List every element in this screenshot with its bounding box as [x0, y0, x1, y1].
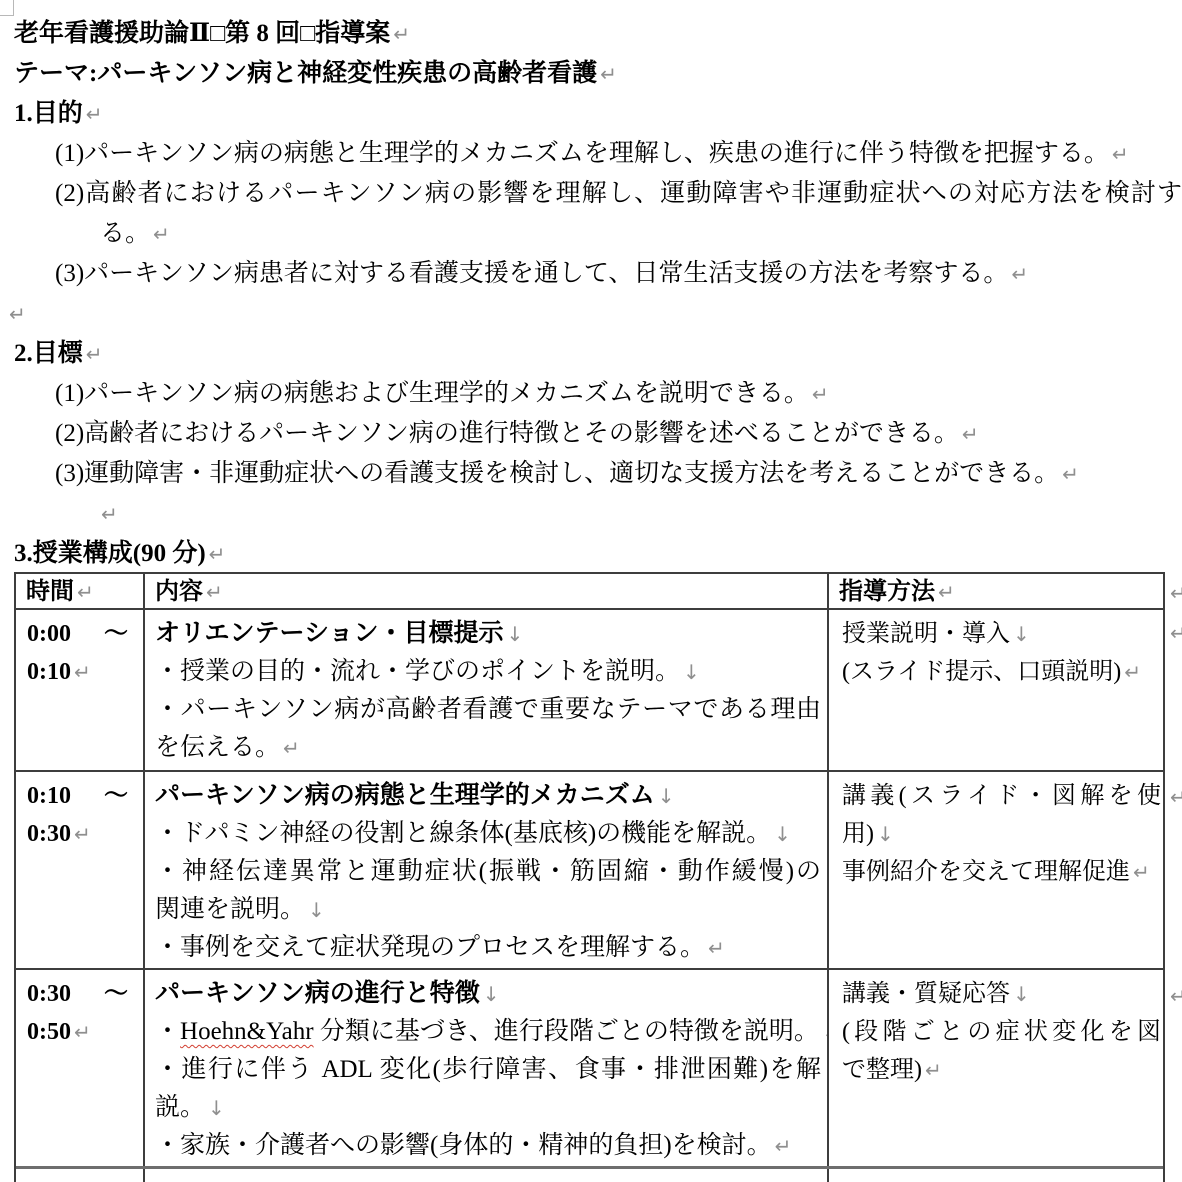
content-text: ・授業の目的・流れ・学びのポイントを説明。 [155, 658, 680, 685]
table-row-progression: 0:30〜 0:50↵ パーキンソン病の進行と特徴↓ ・Hoehn&Yahr 分… [16, 970, 1163, 1169]
paragraph-mark-icon: ↵ [962, 422, 979, 446]
document-body: 老年看護援助論Ⅱ□第 8 回□指導案↵ テーマ:パーキンソン病と神経変性疾患の高… [14, 14, 1182, 574]
paragraph-mark-icon: ↵ [938, 580, 955, 604]
time-range-start: 0:10〜 [16, 777, 143, 815]
method-text: 事例紹介を交えて理解促進 [842, 859, 1130, 885]
table-row-pathology: 0:10〜 0:30↵ パーキンソン病の病態と生理学的メカニズム↓ ・ドパミン神… [16, 772, 1163, 970]
table-row-orientation: 0:00〜 0:10↵ オリエンテーション・目標提示↓ ・授業の目的・流れ・学び… [16, 610, 1163, 772]
time-range-end: 0:30↵ [16, 815, 143, 853]
method-text: 授業説明・導入 [842, 621, 1010, 647]
time-end: 0:30 [27, 821, 71, 847]
table-header-row: 時間↵ 内容↵ 指導方法↵ [16, 574, 1163, 610]
paragraph-mark-icon: ↵ [74, 660, 91, 684]
method-line: (段階ごとの症状変化を図 [842, 1013, 1161, 1051]
header-cell-time: 時間↵ [16, 574, 145, 608]
content-line: パーキンソン病の進行と特徴↓ [155, 975, 821, 1013]
paragraph-mark-icon: ↵ [74, 822, 91, 846]
method-text: で整理) [842, 1057, 922, 1083]
linebreak-mark-icon: ↓ [658, 784, 675, 808]
table-row-partial [16, 1169, 1163, 1182]
linebreak-mark-icon: ↓ [774, 822, 791, 846]
time-range-start: 0:00〜 [16, 615, 143, 653]
content-text: を伝える。 [155, 734, 280, 761]
content-text: 説。 [155, 1094, 205, 1121]
method-line: (スライド提示、口頭説明)↵ [842, 653, 1161, 691]
time-range-start: 0:30〜 [16, 975, 143, 1013]
content-line: ・進行に伴う ADL 変化(歩行障害、食事・排泄困難)を解 [155, 1051, 821, 1089]
goal-item-2: (2)高齢者におけるパーキンソン病の進行特徴とその影響を述べることができる。↵ [14, 414, 1182, 454]
method-text: 用) [842, 821, 874, 847]
row-end-mark-icon: ↵ [1170, 574, 1182, 612]
paragraph-mark-icon: ↵ [1124, 660, 1141, 684]
page-corner-mark [0, 0, 14, 16]
paragraph-mark-icon: ↵ [708, 936, 725, 960]
method-text: (段階ごとの症状変化を図 [842, 1019, 1161, 1045]
paragraph-mark-icon: ↵ [77, 580, 94, 604]
content-text: ・パーキンソン病が高齢者看護で重要なテーマである理由 [155, 696, 821, 723]
method-text: 講義(スライド・図解を使 [842, 783, 1161, 809]
time-cell [16, 1169, 145, 1182]
time-range-end: 0:10↵ [16, 653, 143, 691]
paragraph-mark-icon: ↵ [1011, 262, 1028, 286]
row-end-mark-icon: ↵ [1170, 614, 1182, 652]
paragraph-mark-icon: ↵ [1062, 462, 1079, 486]
content-line: ・神経伝達異常と運動症状(振戦・筋固縮・動作緩慢)の [155, 853, 821, 891]
purpose-heading: 1.目的↵ [14, 94, 1182, 134]
method-line: 事例紹介を交えて理解促進↵ [842, 853, 1161, 891]
purpose-item-2-cont-text: る。 [100, 220, 150, 247]
paragraph-mark-icon: ↵ [153, 222, 170, 246]
content-line: 説。↓ [155, 1089, 821, 1127]
time-tilde: 〜 [104, 615, 128, 653]
content-text: パーキンソン病の進行と特徴 [155, 980, 480, 1007]
content-text: オリエンテーション・目標提示 [155, 620, 504, 647]
purpose-item-3: (3)パーキンソン病患者に対する看護支援を通して、日常生活支援の方法を考察する。… [14, 254, 1182, 294]
purpose-item-2-continuation: る。↵ [14, 214, 1182, 254]
paragraph-mark-icon: ↵ [1112, 142, 1129, 166]
linebreak-mark-icon: ↓ [1013, 622, 1030, 646]
time-start: 0:10 [27, 777, 71, 815]
paragraph-mark-icon: ↵ [1133, 860, 1150, 884]
time-end: 0:50 [27, 1019, 71, 1045]
empty-paragraph: ↵ [14, 494, 1182, 534]
linebreak-mark-icon: ↓ [822, 1020, 829, 1044]
paragraph-mark-icon: ↵ [283, 736, 300, 760]
paragraph-mark-icon: ↵ [393, 22, 410, 46]
header-method-text: 指導方法 [839, 579, 935, 605]
content-line-hoehn-yahr: ・Hoehn&Yahr 分類に基づき、進行段階ごとの特徴を説明。↓ [155, 1013, 821, 1051]
purpose-item-2-text: (2)高齢者におけるパーキンソン病の影響を理解し、運動障害や非運動症状への対応方… [55, 180, 1182, 207]
row-end-mark-icon: ↵ [1170, 778, 1182, 816]
content-text: ・家族・介護者への影響(身体的・精神的負担)を検討。 [155, 1132, 772, 1159]
content-cell: オリエンテーション・目標提示↓ ・授業の目的・流れ・学びのポイントを説明。↓ ・… [145, 610, 829, 770]
time-tilde: 〜 [104, 975, 128, 1013]
content-text: ・ [155, 1018, 180, 1045]
paragraph-mark-icon: ↵ [600, 62, 617, 86]
theme-text: テーマ:パーキンソン病と神経変性疾患の高齢者看護 [14, 60, 597, 87]
header-content-text: 内容 [155, 579, 203, 605]
content-cell [145, 1169, 829, 1182]
linebreak-mark-icon: ↓ [877, 822, 894, 846]
content-text: 分類に基づき、進行段階ごとの特徴を説明。 [314, 1018, 819, 1045]
content-text: ・進行に伴う ADL 変化(歩行障害、食事・排泄困難)を解 [155, 1056, 821, 1083]
method-cell [829, 1169, 1163, 1182]
time-cell: 0:00〜 0:10↵ [16, 610, 145, 770]
time-cell: 0:30〜 0:50↵ [16, 970, 145, 1166]
purpose-item-2: (2)高齢者におけるパーキンソン病の影響を理解し、運動障害や非運動症状への対応方… [14, 174, 1182, 214]
method-line: 講義(スライド・図解を使 [842, 777, 1161, 815]
content-line: オリエンテーション・目標提示↓ [155, 615, 821, 653]
time-start: 0:30 [27, 975, 71, 1013]
paragraph-mark-icon: ↵ [9, 302, 26, 326]
paragraph-mark-icon: ↵ [775, 1134, 792, 1158]
word-document-page: 老年看護援助論Ⅱ□第 8 回□指導案↵ テーマ:パーキンソン病と神経変性疾患の高… [0, 0, 1182, 1182]
linebreak-mark-icon: ↓ [683, 660, 700, 684]
goals-heading-text: 2.目標 [14, 340, 83, 367]
paragraph-mark-icon: ↵ [86, 102, 103, 126]
content-cell: パーキンソン病の病態と生理学的メカニズム↓ ・ドパミン神経の役割と線条体(基底核… [145, 772, 829, 968]
linebreak-mark-icon: ↓ [507, 622, 524, 646]
document-title: 老年看護援助論Ⅱ□第 8 回□指導案↵ [14, 14, 1182, 54]
time-start: 0:00 [27, 615, 71, 653]
theme-line: テーマ:パーキンソン病と神経変性疾患の高齢者看護↵ [14, 54, 1182, 94]
row-end-mark-icon: ↵ [1170, 977, 1182, 1015]
purpose-item-1-text: (1)パーキンソン病の病態と生理学的メカニズムを理解し、疾患の進行に伴う特徴を把… [55, 140, 1109, 167]
purpose-item-1: (1)パーキンソン病の病態と生理学的メカニズムを理解し、疾患の進行に伴う特徴を把… [14, 134, 1182, 174]
content-text: ・ドパミン神経の役割と線条体(基底核)の機能を解説。 [155, 820, 771, 847]
method-line: 講義・質疑応答↓ [842, 975, 1161, 1013]
spellcheck-underlined-word: Hoehn&Yahr [180, 1018, 314, 1045]
header-cell-method: 指導方法↵ [829, 574, 1163, 608]
paragraph-mark-icon: ↵ [206, 580, 223, 604]
content-line: を伝える。↵ [155, 729, 821, 767]
linebreak-mark-icon: ↓ [308, 898, 325, 922]
header-cell-content: 内容↵ [145, 574, 829, 608]
content-line: パーキンソン病の病態と生理学的メカニズム↓ [155, 777, 821, 815]
content-line: ・パーキンソン病が高齢者看護で重要なテーマである理由 [155, 691, 821, 729]
method-line: 授業説明・導入↓ [842, 615, 1161, 653]
paragraph-mark-icon: ↵ [925, 1058, 942, 1082]
structure-heading: 3.授業構成(90 分)↵ [14, 534, 1182, 574]
time-end: 0:10 [27, 659, 71, 685]
method-text: 講義・質疑応答 [842, 981, 1010, 1007]
paragraph-mark-icon: ↵ [86, 342, 103, 366]
method-cell: 授業説明・導入↓ (スライド提示、口頭説明)↵ [829, 610, 1163, 770]
paragraph-mark-icon: ↵ [101, 502, 118, 526]
lesson-structure-table: 時間↵ 内容↵ 指導方法↵ 0:00〜 0:10↵ オリエンテーション・目標提示… [14, 572, 1165, 1182]
content-line: ・授業の目的・流れ・学びのポイントを説明。↓ [155, 653, 821, 691]
goal-item-2-text: (2)高齢者におけるパーキンソン病の進行特徴とその影響を述べることができる。 [55, 420, 959, 447]
goals-heading: 2.目標↵ [14, 334, 1182, 374]
content-text: ・事例を交えて症状発現のプロセスを理解する。 [155, 934, 705, 961]
time-tilde: 〜 [104, 777, 128, 815]
linebreak-mark-icon: ↓ [483, 982, 500, 1006]
content-text: パーキンソン病の病態と生理学的メカニズム [155, 782, 655, 809]
paragraph-mark-icon: ↵ [74, 1020, 91, 1044]
content-cell: パーキンソン病の進行と特徴↓ ・Hoehn&Yahr 分類に基づき、進行段階ごと… [145, 970, 829, 1166]
header-time-text: 時間 [26, 579, 74, 605]
purpose-heading-text: 1.目的 [14, 100, 83, 127]
time-range-end: 0:50↵ [16, 1013, 143, 1051]
content-text: 関連を説明。 [155, 896, 305, 923]
purpose-item-3-text: (3)パーキンソン病患者に対する看護支援を通して、日常生活支援の方法を考察する。 [55, 260, 1008, 287]
content-text: ・神経伝達異常と運動症状(振戦・筋固縮・動作緩慢)の [155, 858, 821, 885]
content-line: ・ドパミン神経の役割と線条体(基底核)の機能を解説。↓ [155, 815, 821, 853]
goal-item-3: (3)運動障害・非運動症状への看護支援を検討し、適切な支援方法を考えることができ… [14, 454, 1182, 494]
method-cell: 講義・質疑応答↓ (段階ごとの症状変化を図 で整理)↵ [829, 970, 1163, 1166]
content-line: ・家族・介護者への影響(身体的・精神的負担)を検討。↵ [155, 1127, 821, 1165]
empty-paragraph: ↵ [6, 294, 1182, 334]
goal-item-1: (1)パーキンソン病の病態および生理学的メカニズムを説明できる。↵ [14, 374, 1182, 414]
structure-heading-text: 3.授業構成(90 分) [14, 540, 206, 567]
method-text: (スライド提示、口頭説明) [842, 659, 1121, 685]
paragraph-mark-icon: ↵ [812, 382, 829, 406]
linebreak-mark-icon: ↓ [1013, 982, 1030, 1006]
time-cell: 0:10〜 0:30↵ [16, 772, 145, 968]
goal-item-1-text: (1)パーキンソン病の病態および生理学的メカニズムを説明できる。 [55, 380, 809, 407]
method-line: で整理)↵ [842, 1051, 1161, 1089]
method-cell: 講義(スライド・図解を使 用)↓ 事例紹介を交えて理解促進↵ [829, 772, 1163, 968]
goal-item-3-text: (3)運動障害・非運動症状への看護支援を検討し、適切な支援方法を考えることができ… [55, 460, 1059, 487]
content-line: 関連を説明。↓ [155, 891, 821, 929]
paragraph-mark-icon: ↵ [209, 542, 226, 566]
linebreak-mark-icon: ↓ [208, 1096, 225, 1120]
content-line: ・事例を交えて症状発現のプロセスを理解する。↵ [155, 929, 821, 967]
method-line: 用)↓ [842, 815, 1161, 853]
document-title-text: 老年看護援助論Ⅱ□第 8 回□指導案 [14, 20, 390, 47]
